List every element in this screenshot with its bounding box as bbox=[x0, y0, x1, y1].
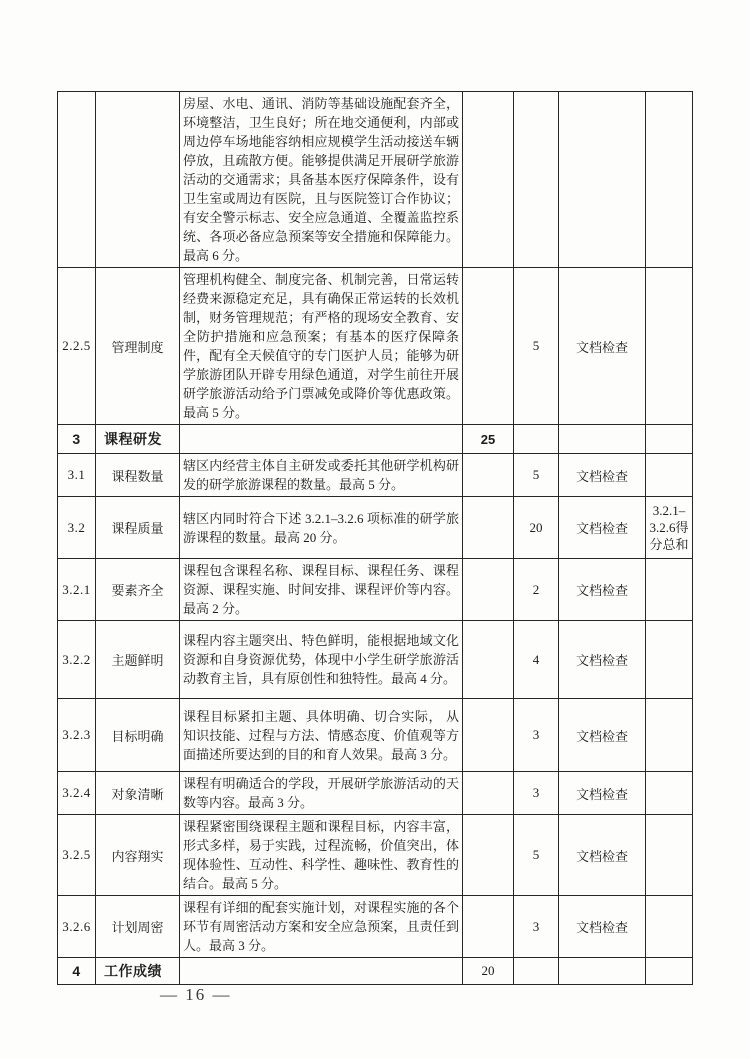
row-id: 3.2.3 bbox=[58, 699, 96, 772]
row-name: 工作成绩 bbox=[96, 958, 180, 985]
section-score-cell bbox=[463, 896, 514, 958]
row-description: 辖区内同时符合下述 3.2.1–3.2.6 项标准的研学旅游课程的数量。最高 2… bbox=[180, 497, 463, 559]
item-score-cell: 5 bbox=[514, 815, 559, 896]
item-score-cell: 5 bbox=[514, 454, 559, 497]
check-method-cell: 文档检查 bbox=[559, 621, 646, 699]
check-method-cell bbox=[559, 425, 646, 454]
row-description: 课程有明确适合的学段，开展研学旅游活动的天数等内容。最高 3 分。 bbox=[180, 772, 463, 815]
row-name: 课程质量 bbox=[96, 497, 180, 559]
check-method-cell: 文档检查 bbox=[559, 268, 646, 425]
table-row-3-2-5: 3.2.5 内容翔实 课程紧密围绕课程主题和课程目标，内容丰富，形式多样，易于实… bbox=[58, 815, 693, 896]
section-score-cell bbox=[463, 621, 514, 699]
check-method-cell: 文档检查 bbox=[559, 559, 646, 621]
table-row-3-2-1: 3.2.1 要素齐全 课程包含课程名称、课程目标、课程任务、课程资源、课程实施、… bbox=[58, 559, 693, 621]
row-name: 课程研发 bbox=[96, 425, 180, 454]
item-score-cell bbox=[514, 425, 559, 454]
row-id: 2.2.5 bbox=[58, 268, 96, 425]
item-score-cell bbox=[514, 92, 559, 268]
row-description: 课程包含课程名称、课程目标、课程任务、课程资源、课程实施、时间安排、课程评价等内… bbox=[180, 559, 463, 621]
section-score-cell bbox=[463, 815, 514, 896]
item-score-cell bbox=[514, 958, 559, 985]
note-cell: 3.2.1–3.2.6得分总和 bbox=[646, 497, 693, 559]
table-row-3-1: 3.1 课程数量 辖区内经营主体自主研发或委托其他研学机构研发的研学旅游课程的数… bbox=[58, 454, 693, 497]
section-score-cell bbox=[463, 559, 514, 621]
table-row-3-2-6: 3.2.6 计划周密 课程有详细的配套实施计划，对课程实施的各个环节有周密活动方… bbox=[58, 896, 693, 958]
note-cell bbox=[646, 559, 693, 621]
document-page: 房屋、水电、通讯、消防等基础设施配套齐全，环境整洁，卫生良好；所在地交通便利，内… bbox=[0, 0, 750, 1059]
section-score-cell bbox=[463, 772, 514, 815]
row-name bbox=[96, 92, 180, 268]
table-row-section-4: 4 工作成绩 20 bbox=[58, 958, 693, 985]
row-description: 课程有详细的配套实施计划，对课程实施的各个环节有周密活动方案和安全应急预案，且责… bbox=[180, 896, 463, 958]
note-cell bbox=[646, 699, 693, 772]
row-description: 课程紧密围绕课程主题和课程目标，内容丰富，形式多样，易于实践，过程流畅，价值突出… bbox=[180, 815, 463, 896]
item-score-cell: 3 bbox=[514, 896, 559, 958]
row-description: 辖区内经营主体自主研发或委托其他研学机构研发的研学旅游课程的数量。最高 5 分。 bbox=[180, 454, 463, 497]
note-cell bbox=[646, 815, 693, 896]
row-id: 3.1 bbox=[58, 454, 96, 497]
section-score-cell bbox=[463, 699, 514, 772]
item-score-cell: 20 bbox=[514, 497, 559, 559]
page-number: — 16 — bbox=[160, 985, 232, 1005]
check-method-cell: 文档检查 bbox=[559, 497, 646, 559]
check-method-cell: 文档检查 bbox=[559, 454, 646, 497]
table-row-continuation: 房屋、水电、通讯、消防等基础设施配套齐全，环境整洁，卫生良好；所在地交通便利，内… bbox=[58, 92, 693, 268]
row-name: 要素齐全 bbox=[96, 559, 180, 621]
row-name: 目标明确 bbox=[96, 699, 180, 772]
evaluation-table: 房屋、水电、通讯、消防等基础设施配套齐全，环境整洁，卫生良好；所在地交通便利，内… bbox=[57, 91, 693, 985]
table-row-3-2-4: 3.2.4 对象清晰 课程有明确适合的学段，开展研学旅游活动的天数等内容。最高 … bbox=[58, 772, 693, 815]
table-row-3-2-3: 3.2.3 目标明确 课程目标紧扣主题、具体明确、切合实际， 从知识技能、过程与… bbox=[58, 699, 693, 772]
check-method-cell bbox=[559, 958, 646, 985]
check-method-cell: 文档检查 bbox=[559, 896, 646, 958]
row-id: 3.2 bbox=[58, 497, 96, 559]
item-score-cell: 3 bbox=[514, 772, 559, 815]
section-score-cell: 20 bbox=[463, 958, 514, 985]
note-cell bbox=[646, 958, 693, 985]
row-name: 计划周密 bbox=[96, 896, 180, 958]
row-name: 主题鲜明 bbox=[96, 621, 180, 699]
row-description: 课程目标紧扣主题、具体明确、切合实际， 从知识技能、过程与方法、情感态度、价值观… bbox=[180, 699, 463, 772]
note-cell bbox=[646, 454, 693, 497]
table-row-3-2-2: 3.2.2 主题鲜明 课程内容主题突出、特色鲜明，能根据地域文化资源和自身资源优… bbox=[58, 621, 693, 699]
note-cell bbox=[646, 621, 693, 699]
item-score-cell: 3 bbox=[514, 699, 559, 772]
row-description: 课程内容主题突出、特色鲜明，能根据地域文化资源和自身资源优势，体现中小学生研学旅… bbox=[180, 621, 463, 699]
item-score-cell: 4 bbox=[514, 621, 559, 699]
table-row-2-2-5: 2.2.5 管理制度 管理机构健全、制度完备、机制完善，日常运转经费来源稳定充足… bbox=[58, 268, 693, 425]
row-id: 3.2.4 bbox=[58, 772, 96, 815]
section-score-cell bbox=[463, 454, 514, 497]
note-cell bbox=[646, 268, 693, 425]
table-row-section-3: 3 课程研发 25 bbox=[58, 425, 693, 454]
section-score-cell bbox=[463, 92, 514, 268]
row-description bbox=[180, 958, 463, 985]
note-cell bbox=[646, 896, 693, 958]
row-id: 4 bbox=[58, 958, 96, 985]
row-id: 3.2.5 bbox=[58, 815, 96, 896]
item-score-cell: 2 bbox=[514, 559, 559, 621]
table-row-3-2: 3.2 课程质量 辖区内同时符合下述 3.2.1–3.2.6 项标准的研学旅游课… bbox=[58, 497, 693, 559]
note-cell bbox=[646, 425, 693, 454]
row-id: 3.2.6 bbox=[58, 896, 96, 958]
row-description bbox=[180, 425, 463, 454]
row-id: 3 bbox=[58, 425, 96, 454]
section-score-cell: 25 bbox=[463, 425, 514, 454]
row-id bbox=[58, 92, 96, 268]
check-method-cell: 文档检查 bbox=[559, 815, 646, 896]
check-method-cell: 文档检查 bbox=[559, 772, 646, 815]
row-name: 内容翔实 bbox=[96, 815, 180, 896]
row-name: 对象清晰 bbox=[96, 772, 180, 815]
row-id: 3.2.1 bbox=[58, 559, 96, 621]
section-score-cell bbox=[463, 268, 514, 425]
note-cell bbox=[646, 772, 693, 815]
note-cell bbox=[646, 92, 693, 268]
check-method-cell bbox=[559, 92, 646, 268]
row-name: 管理制度 bbox=[96, 268, 180, 425]
check-method-cell: 文档检查 bbox=[559, 699, 646, 772]
section-score-cell bbox=[463, 497, 514, 559]
row-id: 3.2.2 bbox=[58, 621, 96, 699]
row-description: 管理机构健全、制度完备、机制完善，日常运转经费来源稳定充足，具有确保正常运转的长… bbox=[180, 268, 463, 425]
row-description: 房屋、水电、通讯、消防等基础设施配套齐全，环境整洁，卫生良好；所在地交通便利，内… bbox=[180, 92, 463, 268]
item-score-cell: 5 bbox=[514, 268, 559, 425]
row-name: 课程数量 bbox=[96, 454, 180, 497]
